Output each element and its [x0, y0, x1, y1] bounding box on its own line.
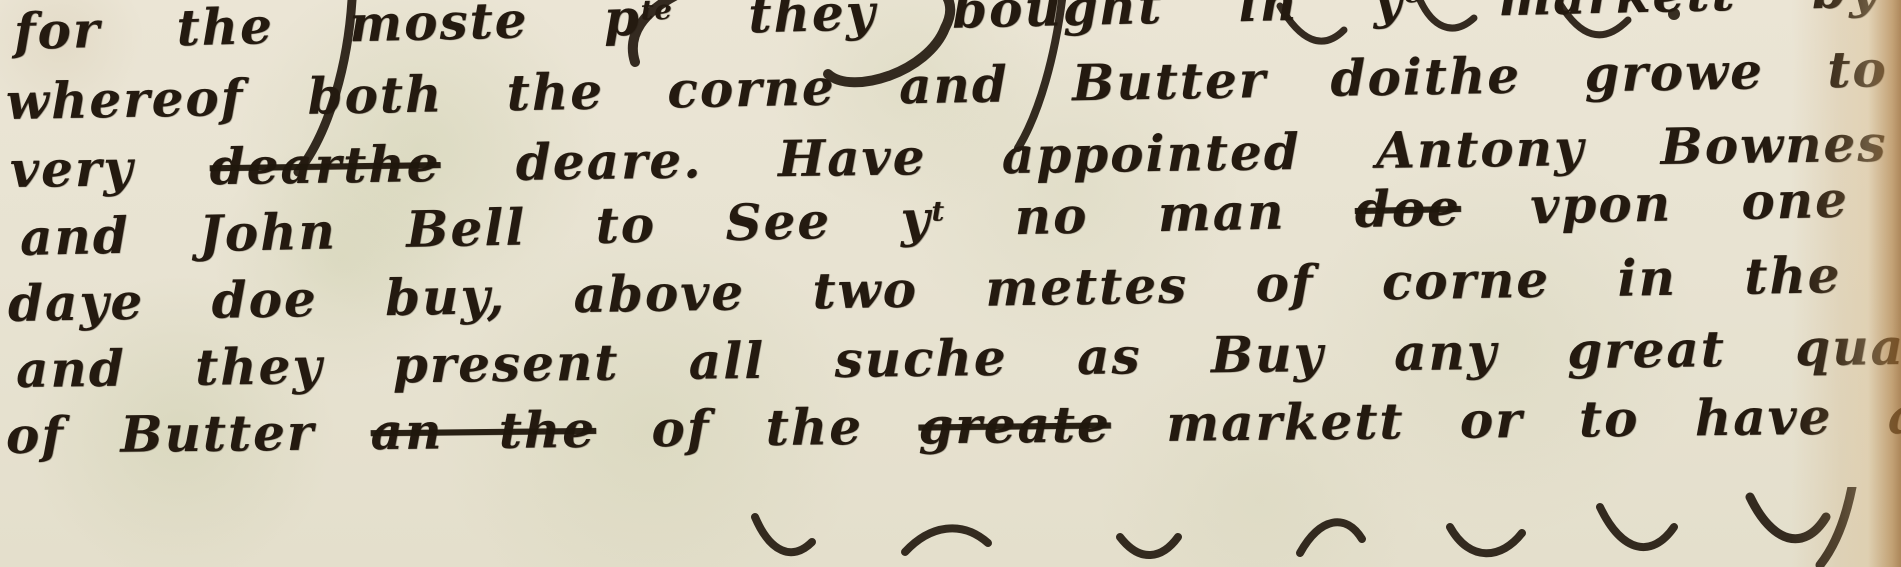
- handwritten-text: e: [1404, 0, 1423, 9]
- handwritten-text: of Butter: [6, 402, 371, 465]
- handwritten-text: no man: [945, 180, 1356, 248]
- manuscript-page: for the moste pte they bought in ye mark…: [0, 0, 1901, 567]
- handwritten-text: markett or to have any: [1110, 385, 1901, 453]
- handwritten-text: and John Bell to See y: [19, 189, 932, 267]
- handwritten-text: very: [10, 137, 210, 199]
- struck-text: an the: [370, 400, 596, 461]
- handwritten-text: markett by m: [1422, 0, 1901, 29]
- manuscript-line: of Butter an the of the greate markett o…: [6, 385, 1901, 465]
- handwritten-text: te: [640, 0, 673, 27]
- manuscript-text: for the moste pte they bought in ye mark…: [0, 0, 1901, 567]
- handwritten-text: for the moste p: [13, 0, 641, 61]
- struck-text: doe: [1354, 178, 1461, 239]
- struck-text: greate: [918, 394, 1111, 455]
- handwritten-text: they bought in y: [672, 0, 1405, 46]
- handwritten-text: t: [931, 195, 945, 227]
- struck-text: dearthe: [209, 134, 441, 196]
- handwritten-text: of the: [596, 396, 919, 458]
